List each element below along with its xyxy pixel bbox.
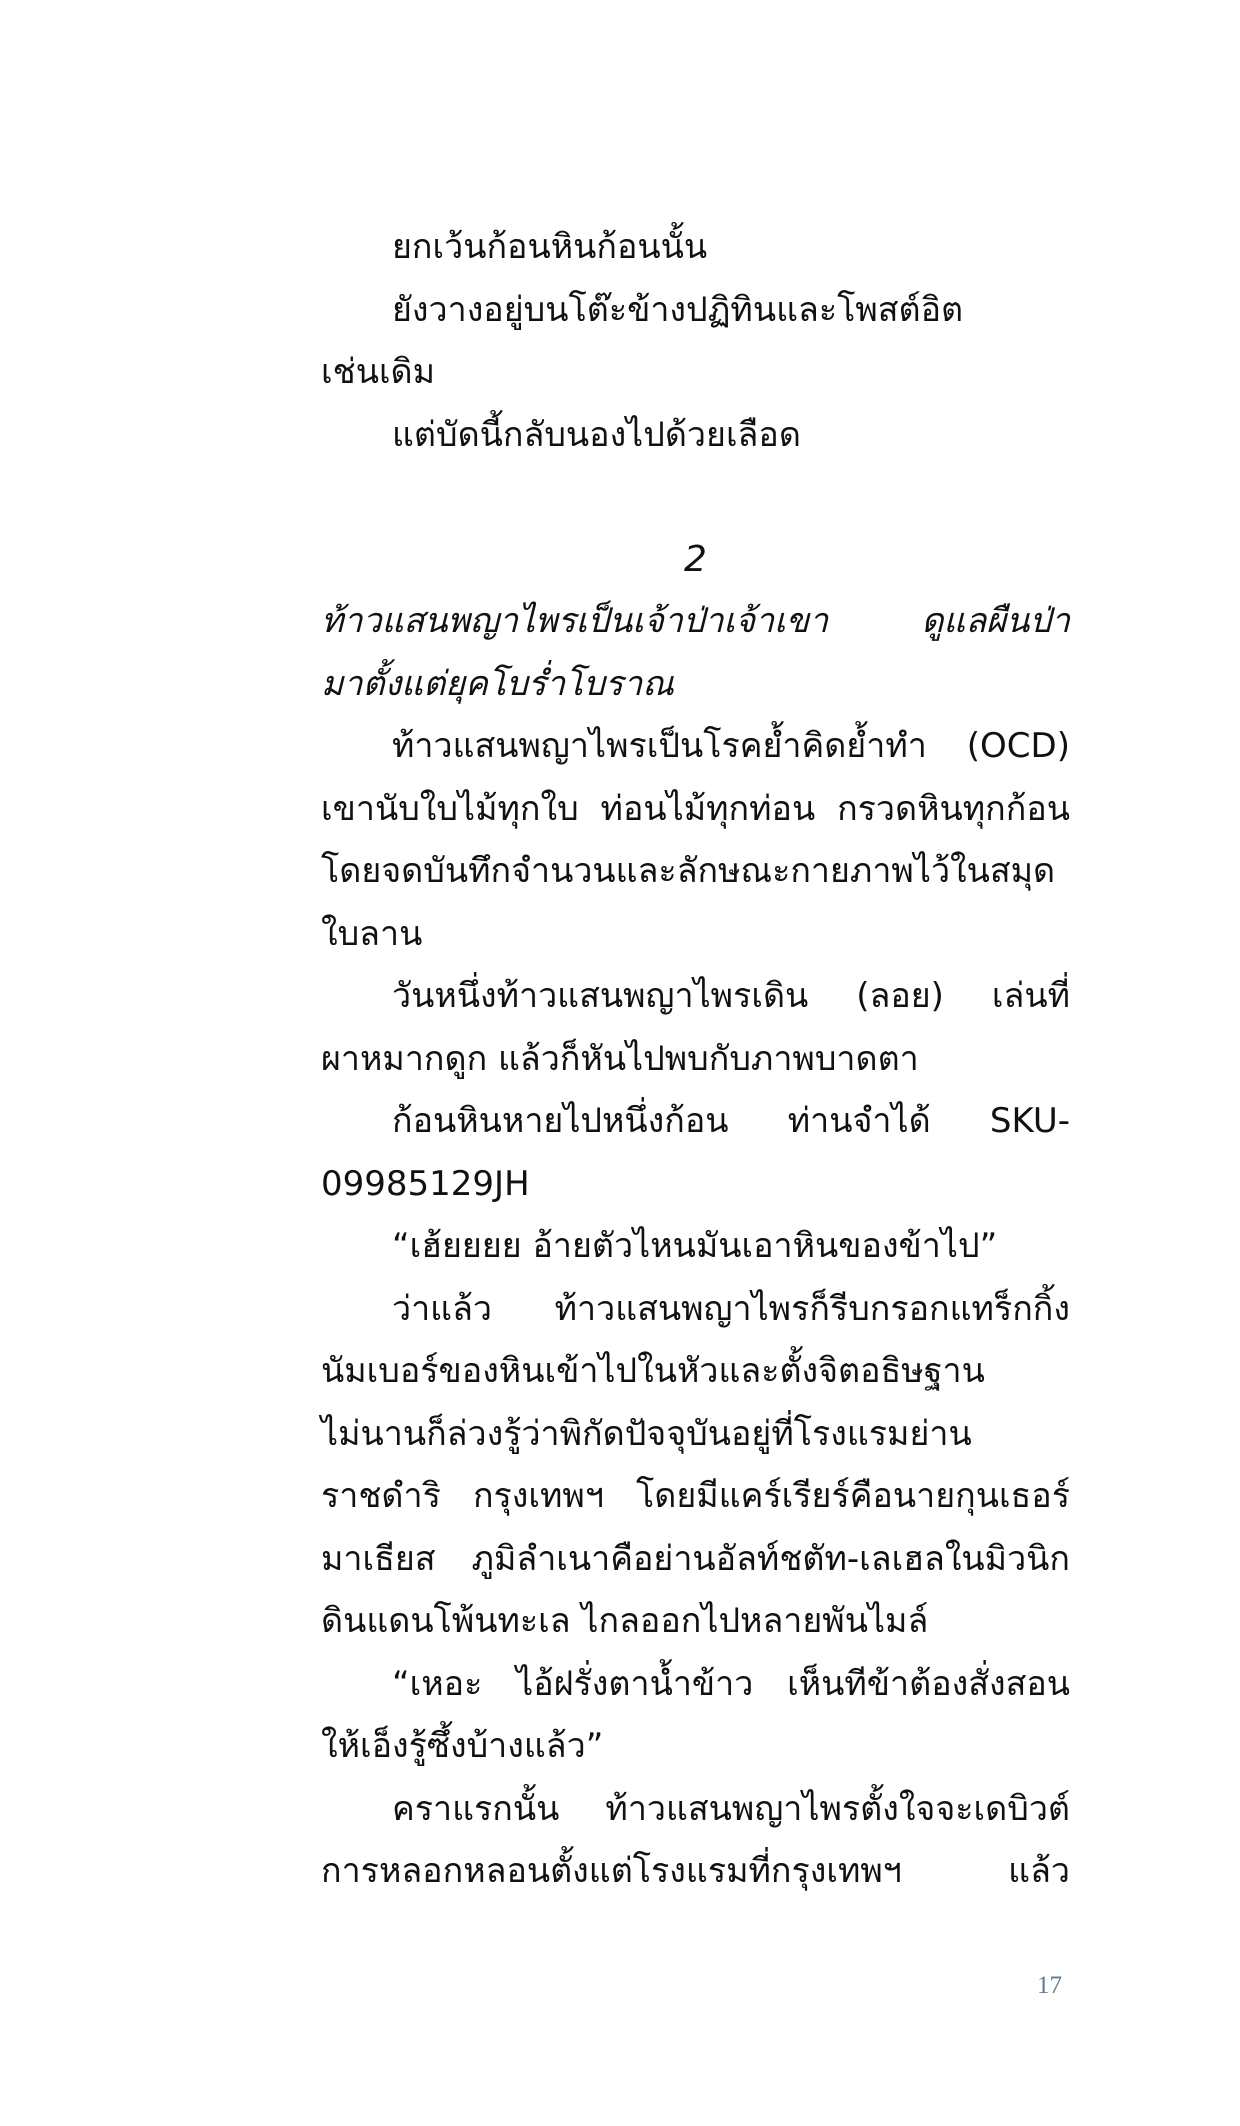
paragraph-line: คราแรกนั้น ท้าวแสนพญาไพรตั้งใจจะเดบิวต์	[321, 1778, 1070, 1841]
chapter-epigraph: ท้าวแสนพญาไพรเป็นเจ้าป่าเจ้าเขา ดูแลผืนป…	[321, 590, 1070, 715]
paragraph-line: ราชดำริ กรุงเทพฯ โดยมีแคร์เรียร์คือนายกุ…	[321, 1465, 1070, 1528]
paragraph-line: 09985129JH	[321, 1153, 1070, 1216]
paragraph-line: ผาหมากดูก แล้วก็หันไปพบกับภาพบาดตา	[321, 1028, 1070, 1091]
paragraph-line: ดินแดนโพ้นทะเล ไกลออกไปหลายพันไมล์	[321, 1590, 1070, 1653]
chapter-number: 2	[321, 529, 1070, 592]
paragraph-line: ยังวางอยู่บนโต๊ะข้างปฏิทินและโพสต์อิต	[321, 279, 1070, 342]
paragraph-line: ยกเว้นก้อนหินก้อนนั้น	[321, 216, 1070, 279]
paragraph-line: นัมเบอร์ของหินเข้าไปในหัวและตั้งจิตอธิษฐ…	[321, 1340, 1070, 1403]
paragraph-line: ว่าแล้ว ท้าวแสนพญาไพรก็รีบกรอกแทร็กกิ้ง	[321, 1278, 1070, 1341]
paragraph-line: ก้อนหินหายไปหนึ่งก้อน ท่านจำได้ SKU-	[321, 1090, 1070, 1153]
paragraph-line: มาเธียส ภูมิลำเนาคือย่านอัลท์ชตัท-เลเฮลใ…	[321, 1528, 1070, 1591]
paragraph-line: เขานับใบไม้ทุกใบ ท่อนไม้ทุกท่อน กรวดหินท…	[321, 778, 1070, 841]
book-page: ยกเว้นก้อนหินก้อนนั้น ยังวางอยู่บนโต๊ะข้…	[0, 0, 1240, 2126]
epigraph-line: ท้าวแสนพญาไพรเป็นเจ้าป่าเจ้าเขา ดูแลผืนป…	[321, 590, 1070, 653]
paragraph-line: ท้าวแสนพญาไพรเป็นโรคย้ำคิดย้ำทำ (OCD)	[321, 715, 1070, 778]
paragraph-line: วันหนึ่งท้าวแสนพญาไพรเดิน (ลอย) เล่นที่	[321, 965, 1070, 1028]
page-number: 17	[1000, 1972, 1062, 2000]
section-intro: ยกเว้นก้อนหินก้อนนั้น ยังวางอยู่บนโต๊ะข้…	[321, 216, 1070, 466]
dialogue-line: “เฮ้ยยยย อ้ายตัวไหนมันเอาหินของข้าไป”	[321, 1215, 1070, 1278]
dialogue-line: “เหอะ ไอ้ฝรั่งตาน้ำข้าว เห็นทีข้าต้องสั่…	[321, 1653, 1070, 1716]
paragraph-line: การหลอกหลอนตั้งแต่โรงแรมที่กรุงเทพฯ แล้ว	[321, 1840, 1070, 1903]
paragraph-line: เช่นเดิม	[321, 341, 1070, 404]
paragraph-line: ใบลาน	[321, 903, 1070, 966]
epigraph-line: มาตั้งแต่ยุคโบร่ำโบราณ	[321, 653, 1070, 716]
paragraph-line: ไม่นานก็ล่วงรู้ว่าพิกัดปัจจุบันอยู่ที่โร…	[321, 1403, 1070, 1466]
dialogue-line: ให้เอ็งรู้ซึ้งบ้างแล้ว”	[321, 1715, 1070, 1778]
body-text: ท้าวแสนพญาไพรเป็นโรคย้ำคิดย้ำทำ (OCD) เข…	[321, 715, 1070, 1903]
paragraph-line: โดยจดบันทึกจำนวนและลักษณะกายภาพไว้ในสมุด	[321, 840, 1070, 903]
paragraph-line: แต่บัดนี้กลับนองไปด้วยเลือด	[321, 404, 1070, 467]
